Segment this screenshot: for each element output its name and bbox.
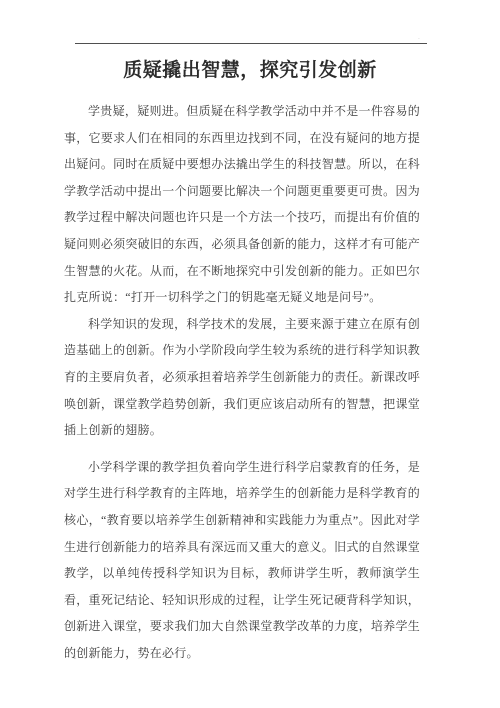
document-body: 学贵疑，疑则进。但质疑在科学教学活动中并不是一件容易的事，它要求人们在相同的东西… [64,98,420,666]
paragraph-1: 学贵疑，疑则进。但质疑在科学教学活动中并不是一件容易的事，它要求人们在相同的东西… [64,98,420,311]
document-title: 质疑撬出智慧，探究引发创新 [0,59,500,83]
header-rule [75,43,427,44]
scan-artifact-mark: · [418,37,428,42]
footnote-mark: 1 . [73,653,89,661]
paragraph-3: 小学科学课的教学担负着向学生进行科学启蒙教育的任务，是对学生进行科学教育的主阵地… [64,454,420,667]
paragraph-2: 科学知识的发现，科学技术的发展，主要来源于建立在原有创造基础上的创新。作为小学阶… [64,311,420,444]
document-page: · 质疑撬出智慧，探究引发创新 学贵疑，疑则进。但质疑在科学教学活动中并不是一件… [0,0,500,708]
